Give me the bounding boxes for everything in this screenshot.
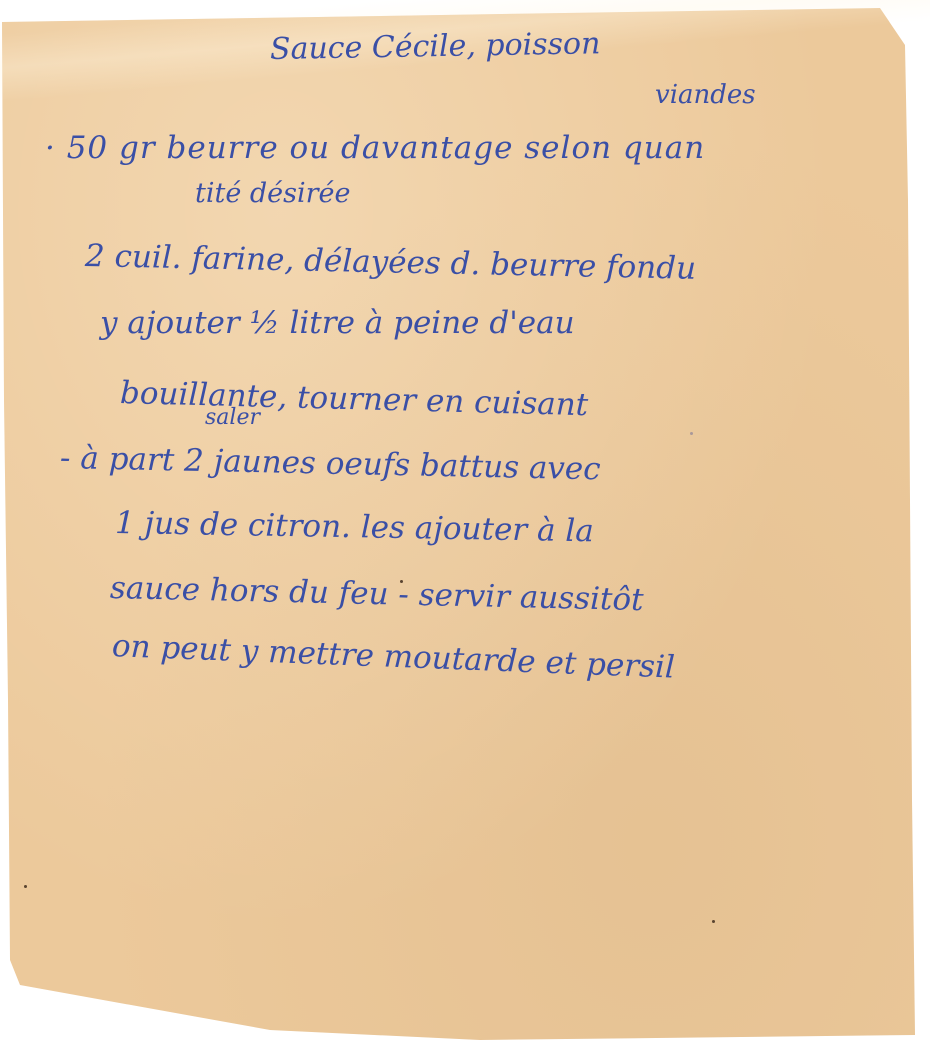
recipe-title: Sauce Cécile, poisson [270, 26, 601, 67]
paper-speck [24, 885, 27, 888]
recipe-insertion: saler [205, 405, 260, 430]
paper-speck [690, 432, 693, 435]
recipe-line: · 50 gr beurre ou davantage selon quan [45, 130, 705, 166]
paper-speck [712, 920, 715, 923]
recipe-line: tité désirée [195, 178, 351, 209]
recipe-title-continued: viandes [655, 80, 756, 110]
paper-speck [400, 580, 403, 583]
recipe-line: y ajouter ½ litre à peine d'eau [100, 305, 575, 341]
